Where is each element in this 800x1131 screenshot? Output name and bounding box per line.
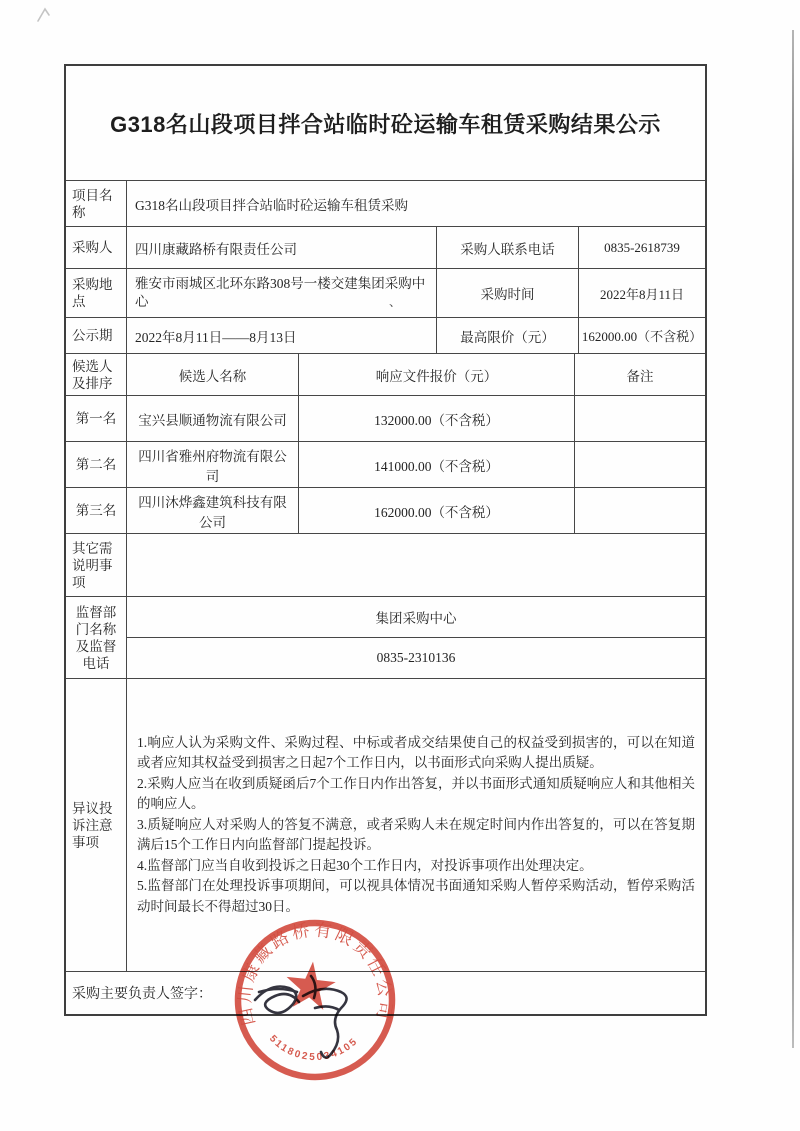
candidate-3-name: 四川沐烨鑫建筑科技有限公司 bbox=[126, 488, 298, 533]
handwritten-signature bbox=[245, 948, 395, 1068]
objection-label: 异议投诉注意事项 bbox=[66, 679, 126, 971]
title-row: G318名山段项目拌合站临时砼运输车租赁采购结果公示 bbox=[66, 66, 705, 180]
objection-item-4: 4.监督部门应当自收到投诉之日起30个工作日内，对投诉事项作出处理决定。 bbox=[137, 856, 593, 877]
purchaser-row: 采购人 四川康藏路桥有限责任公司 采购人联系电话 0835-2618739 bbox=[66, 226, 705, 268]
purchaser-value: 四川康藏路桥有限责任公司 bbox=[126, 227, 436, 268]
project-name-row: 项目名称 G318名山段项目拌合站临时砼运输车租赁采购 bbox=[66, 180, 705, 226]
location-text: 雅安市雨城区北环东路308号一楼交建集团采购中心 bbox=[135, 275, 428, 311]
project-name-value: G318名山段项目拌合站临时砼运输车租赁采购 bbox=[126, 181, 416, 226]
supervision-row: 监督部门名称及监督电话 集团采购中心 0835-2310136 bbox=[66, 596, 705, 678]
supervision-phone: 0835-2310136 bbox=[127, 637, 705, 678]
candidate-1-name: 宝兴县顺通物流有限公司 bbox=[126, 396, 298, 441]
candidate-1-remark bbox=[574, 396, 705, 441]
objection-text: 1.响应人认为采购文件、采购过程、中标或者成交结果使自己的权益受到损害的，可以在… bbox=[126, 679, 705, 971]
max-price-label: 最高限价（元） bbox=[436, 318, 578, 353]
publicity-period-value: 2022年8月11日——8月13日 bbox=[126, 318, 436, 353]
page-edge-shadow bbox=[792, 30, 794, 1048]
scan-corner-mark bbox=[36, 6, 52, 24]
candidate-row-2: 第二名 四川省雅州府物流有限公司 141000.00（不含税） bbox=[66, 441, 705, 487]
purchaser-label: 采购人 bbox=[66, 227, 126, 268]
supervision-label: 监督部门名称及监督电话 bbox=[66, 597, 126, 678]
candidates-rank-header: 候选人及排序 bbox=[66, 354, 126, 395]
location-label: 采购地点 bbox=[66, 269, 126, 317]
objection-item-3: 3.质疑响应人对采购人的答复不满意，或者采购人未在规定时间内作出答复的，可以在答… bbox=[137, 815, 695, 856]
candidate-row-3: 第三名 四川沐烨鑫建筑科技有限公司 162000.00（不含税） bbox=[66, 487, 705, 533]
stray-pen-mark: 、 bbox=[389, 293, 401, 311]
candidate-1-rank: 第一名 bbox=[66, 396, 126, 441]
candidate-3-remark bbox=[574, 488, 705, 533]
purchase-time-value: 2022年8月11日 bbox=[578, 269, 705, 317]
candidate-1-price: 132000.00（不含税） bbox=[298, 396, 574, 441]
candidate-row-1: 第一名 宝兴县顺通物流有限公司 132000.00（不含税） bbox=[66, 395, 705, 441]
candidates-header-row: 候选人及排序 候选人名称 响应文件报价（元） 备注 bbox=[66, 353, 705, 395]
objection-item-1: 1.响应人认为采购文件、采购过程、中标或者成交结果使自己的权益受到损害的，可以在… bbox=[137, 733, 695, 774]
other-notes-label: 其它需说明事项 bbox=[66, 534, 126, 596]
other-notes-row: 其它需说明事项 bbox=[66, 533, 705, 596]
title-cell: G318名山段项目拌合站临时砼运输车租赁采购结果公示 bbox=[66, 66, 705, 180]
candidate-3-rank: 第三名 bbox=[66, 488, 126, 533]
purchase-time-label: 采购时间 bbox=[436, 269, 578, 317]
project-name-label: 项目名称 bbox=[66, 181, 126, 226]
candidates-price-header: 响应文件报价（元） bbox=[298, 354, 574, 395]
supervision-values: 集团采购中心 0835-2310136 bbox=[126, 597, 705, 678]
publicity-period-row: 公示期 2022年8月11日——8月13日 最高限价（元） 162000.00（… bbox=[66, 317, 705, 353]
objection-item-5: 5.监督部门在处理投诉事项期间，可以视具体情况书面通知采购人暂停采购活动，暂停采… bbox=[137, 876, 695, 917]
procurement-result-table: G318名山段项目拌合站临时砼运输车租赁采购结果公示 项目名称 G318名山段项… bbox=[64, 64, 707, 1016]
objection-item-2: 2.采购人应当在收到质疑函后7个工作日内作出答复，并以书面形式通知质疑响应人和其… bbox=[137, 774, 695, 815]
location-value: 雅安市雨城区北环东路308号一楼交建集团采购中心 、 bbox=[126, 269, 436, 317]
candidate-2-name: 四川省雅州府物流有限公司 bbox=[126, 442, 298, 487]
max-price-value: 162000.00（不含税） bbox=[578, 318, 705, 353]
other-notes-value bbox=[126, 534, 705, 596]
candidates-name-header: 候选人名称 bbox=[126, 354, 298, 395]
candidate-2-rank: 第二名 bbox=[66, 442, 126, 487]
candidate-3-price: 162000.00（不含税） bbox=[298, 488, 574, 533]
candidate-2-price: 141000.00（不含税） bbox=[298, 442, 574, 487]
document-title: G318名山段项目拌合站临时砼运输车租赁采购结果公示 bbox=[110, 108, 661, 139]
publicity-period-label: 公示期 bbox=[66, 318, 126, 353]
candidates-remark-header: 备注 bbox=[574, 354, 705, 395]
scanned-document-page: G318名山段项目拌合站临时砼运输车租赁采购结果公示 项目名称 G318名山段项… bbox=[0, 0, 800, 1131]
purchaser-phone-value: 0835-2618739 bbox=[578, 227, 705, 268]
purchaser-phone-label: 采购人联系电话 bbox=[436, 227, 578, 268]
candidate-2-remark bbox=[574, 442, 705, 487]
supervision-department: 集团采购中心 bbox=[127, 597, 705, 637]
location-row: 采购地点 雅安市雨城区北环东路308号一楼交建集团采购中心 、 采购时间 202… bbox=[66, 268, 705, 317]
